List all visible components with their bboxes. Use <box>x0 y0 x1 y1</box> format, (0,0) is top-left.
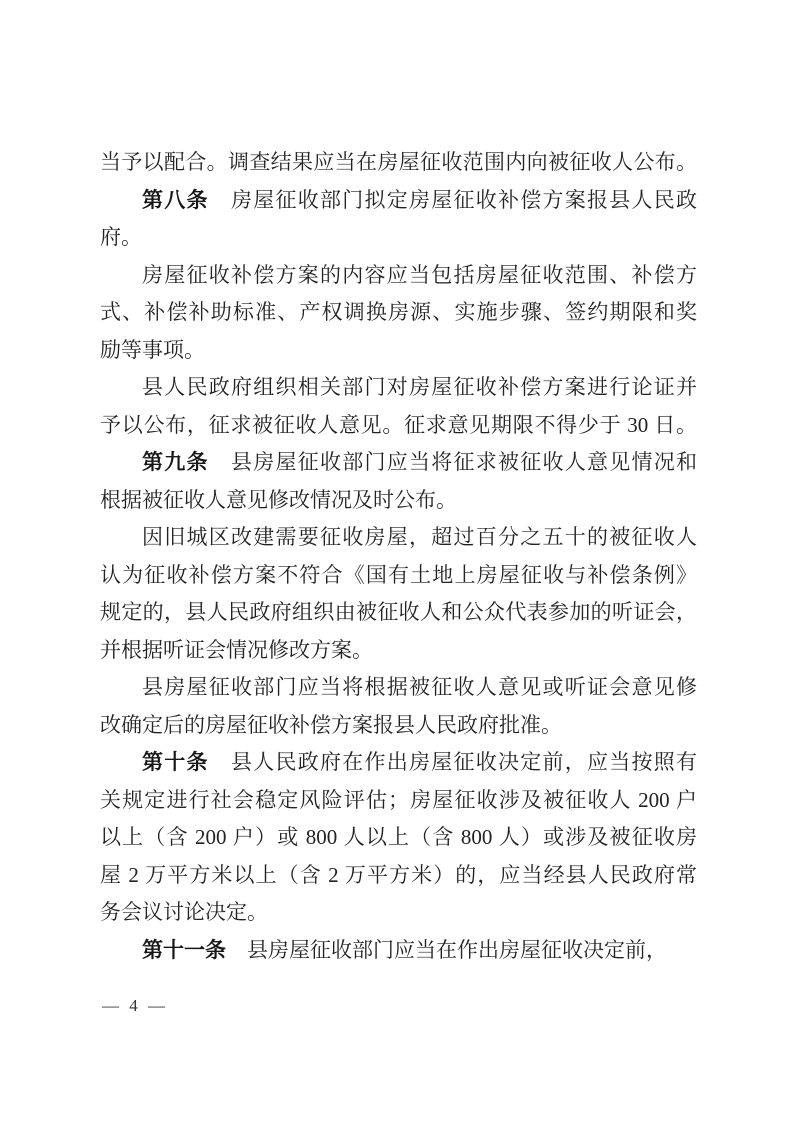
text-line: 房屋征收补偿方案的内容应当包括房屋征收范围、补偿方 <box>100 257 697 295</box>
text-segment: 县房屋征收部门应当将征求被征收人意见情况和 <box>209 450 697 474</box>
page-number: — 4 — <box>102 997 168 1015</box>
text-line: 屋 2 万平方米以上（含 2 万平方米）的，应当经县人民政府常 <box>100 857 697 895</box>
article-number: 第九条 <box>142 450 209 474</box>
text-segment: 当予以配合。调查结果应当在房屋征收范围内向被征收人公布。 <box>100 150 697 174</box>
text-line: 式、补偿补助标准、产权调换房源、实施步骤、签约期限和奖 <box>100 294 697 332</box>
text-line: 第八条 房屋征收部门拟定房屋征收补偿方案报县人民政 <box>100 182 697 220</box>
text-segment: 励等事项。 <box>100 338 205 362</box>
text-line: 规定的，县人民政府组织由被征收人和公众代表参加的听证会， <box>100 594 697 632</box>
article-number: 第十条 <box>142 750 209 774</box>
text-line: 务会议讨论决定。 <box>100 894 697 932</box>
document-body: 当予以配合。调查结果应当在房屋征收范围内向被征收人公布。第八条 房屋征收部门拟定… <box>100 144 697 969</box>
text-segment: 县房屋征收部门应当在作出房屋征收决定前， <box>226 938 667 962</box>
text-segment: 认为征收补偿方案不符合《国有土地上房屋征收与补偿条例》 <box>100 563 697 587</box>
text-segment: 务会议讨论决定。 <box>100 900 268 924</box>
text-line: 关规定进行社会稳定风险评估；房屋征收涉及被征收人 200 户 <box>100 782 697 820</box>
text-line: 改确定后的房屋征收补偿方案报县人民政府批准。 <box>100 707 697 745</box>
text-segment: 府。 <box>100 225 142 249</box>
text-segment: 房屋征收补偿方案的内容应当包括房屋征收范围、补偿方 <box>142 263 697 287</box>
text-line: 第十一条 县房屋征收部门应当在作出房屋征收决定前， <box>100 932 697 970</box>
text-line: 县人民政府组织相关部门对房屋征收补偿方案进行论证并 <box>100 369 697 407</box>
article-number: 第八条 <box>142 188 209 212</box>
text-segment: 房屋征收部门拟定房屋征收补偿方案报县人民政 <box>209 188 697 212</box>
document-page: 当予以配合。调查结果应当在房屋征收范围内向被征收人公布。第八条 房屋征收部门拟定… <box>0 0 793 1122</box>
text-line: 并根据听证会情况修改方案。 <box>100 632 697 670</box>
text-line: 第九条 县房屋征收部门应当将征求被征收人意见情况和 <box>100 444 697 482</box>
text-segment: 屋 2 万平方米以上（含 2 万平方米）的，应当经县人民政府常 <box>100 863 697 887</box>
text-segment: 规定的，县人民政府组织由被征收人和公众代表参加的听证会， <box>100 600 697 624</box>
text-segment: 以上（含 200 户）或 800 人以上（含 800 人）或涉及被征收房 <box>100 825 697 849</box>
text-segment: 县人民政府在作出房屋征收决定前，应当按照有 <box>209 750 697 774</box>
text-segment: 式、补偿补助标准、产权调换房源、实施步骤、签约期限和奖 <box>100 300 697 324</box>
text-line: 予以公布，征求被征收人意见。征求意见期限不得少于 30 日。 <box>100 407 697 445</box>
text-line: 县房屋征收部门应当将根据被征收人意见或听证会意见修 <box>100 669 697 707</box>
text-line: 第十条 县人民政府在作出房屋征收决定前，应当按照有 <box>100 744 697 782</box>
text-line: 根据被征收人意见修改情况及时公布。 <box>100 482 697 520</box>
text-segment: 县房屋征收部门应当将根据被征收人意见或听证会意见修 <box>142 675 697 699</box>
text-line: 当予以配合。调查结果应当在房屋征收范围内向被征收人公布。 <box>100 144 697 182</box>
text-segment: 根据被征收人意见修改情况及时公布。 <box>100 488 457 512</box>
text-line: 因旧城区改建需要征收房屋，超过百分之五十的被征收人 <box>100 519 697 557</box>
text-line: 认为征收补偿方案不符合《国有土地上房屋征收与补偿条例》 <box>100 557 697 595</box>
text-segment: 因旧城区改建需要征收房屋，超过百分之五十的被征收人 <box>142 525 697 549</box>
text-line: 府。 <box>100 219 697 257</box>
text-line: 以上（含 200 户）或 800 人以上（含 800 人）或涉及被征收房 <box>100 819 697 857</box>
text-segment: 县人民政府组织相关部门对房屋征收补偿方案进行论证并 <box>142 375 697 399</box>
text-segment: 改确定后的房屋征收补偿方案报县人民政府批准。 <box>100 713 562 737</box>
text-segment: 关规定进行社会稳定风险评估；房屋征收涉及被征收人 200 户 <box>100 788 697 812</box>
article-number: 第十一条 <box>142 938 226 962</box>
text-line: 励等事项。 <box>100 332 697 370</box>
text-segment: 予以公布，征求被征收人意见。征求意见期限不得少于 30 日。 <box>100 413 697 437</box>
text-segment: 并根据听证会情况修改方案。 <box>100 638 373 662</box>
